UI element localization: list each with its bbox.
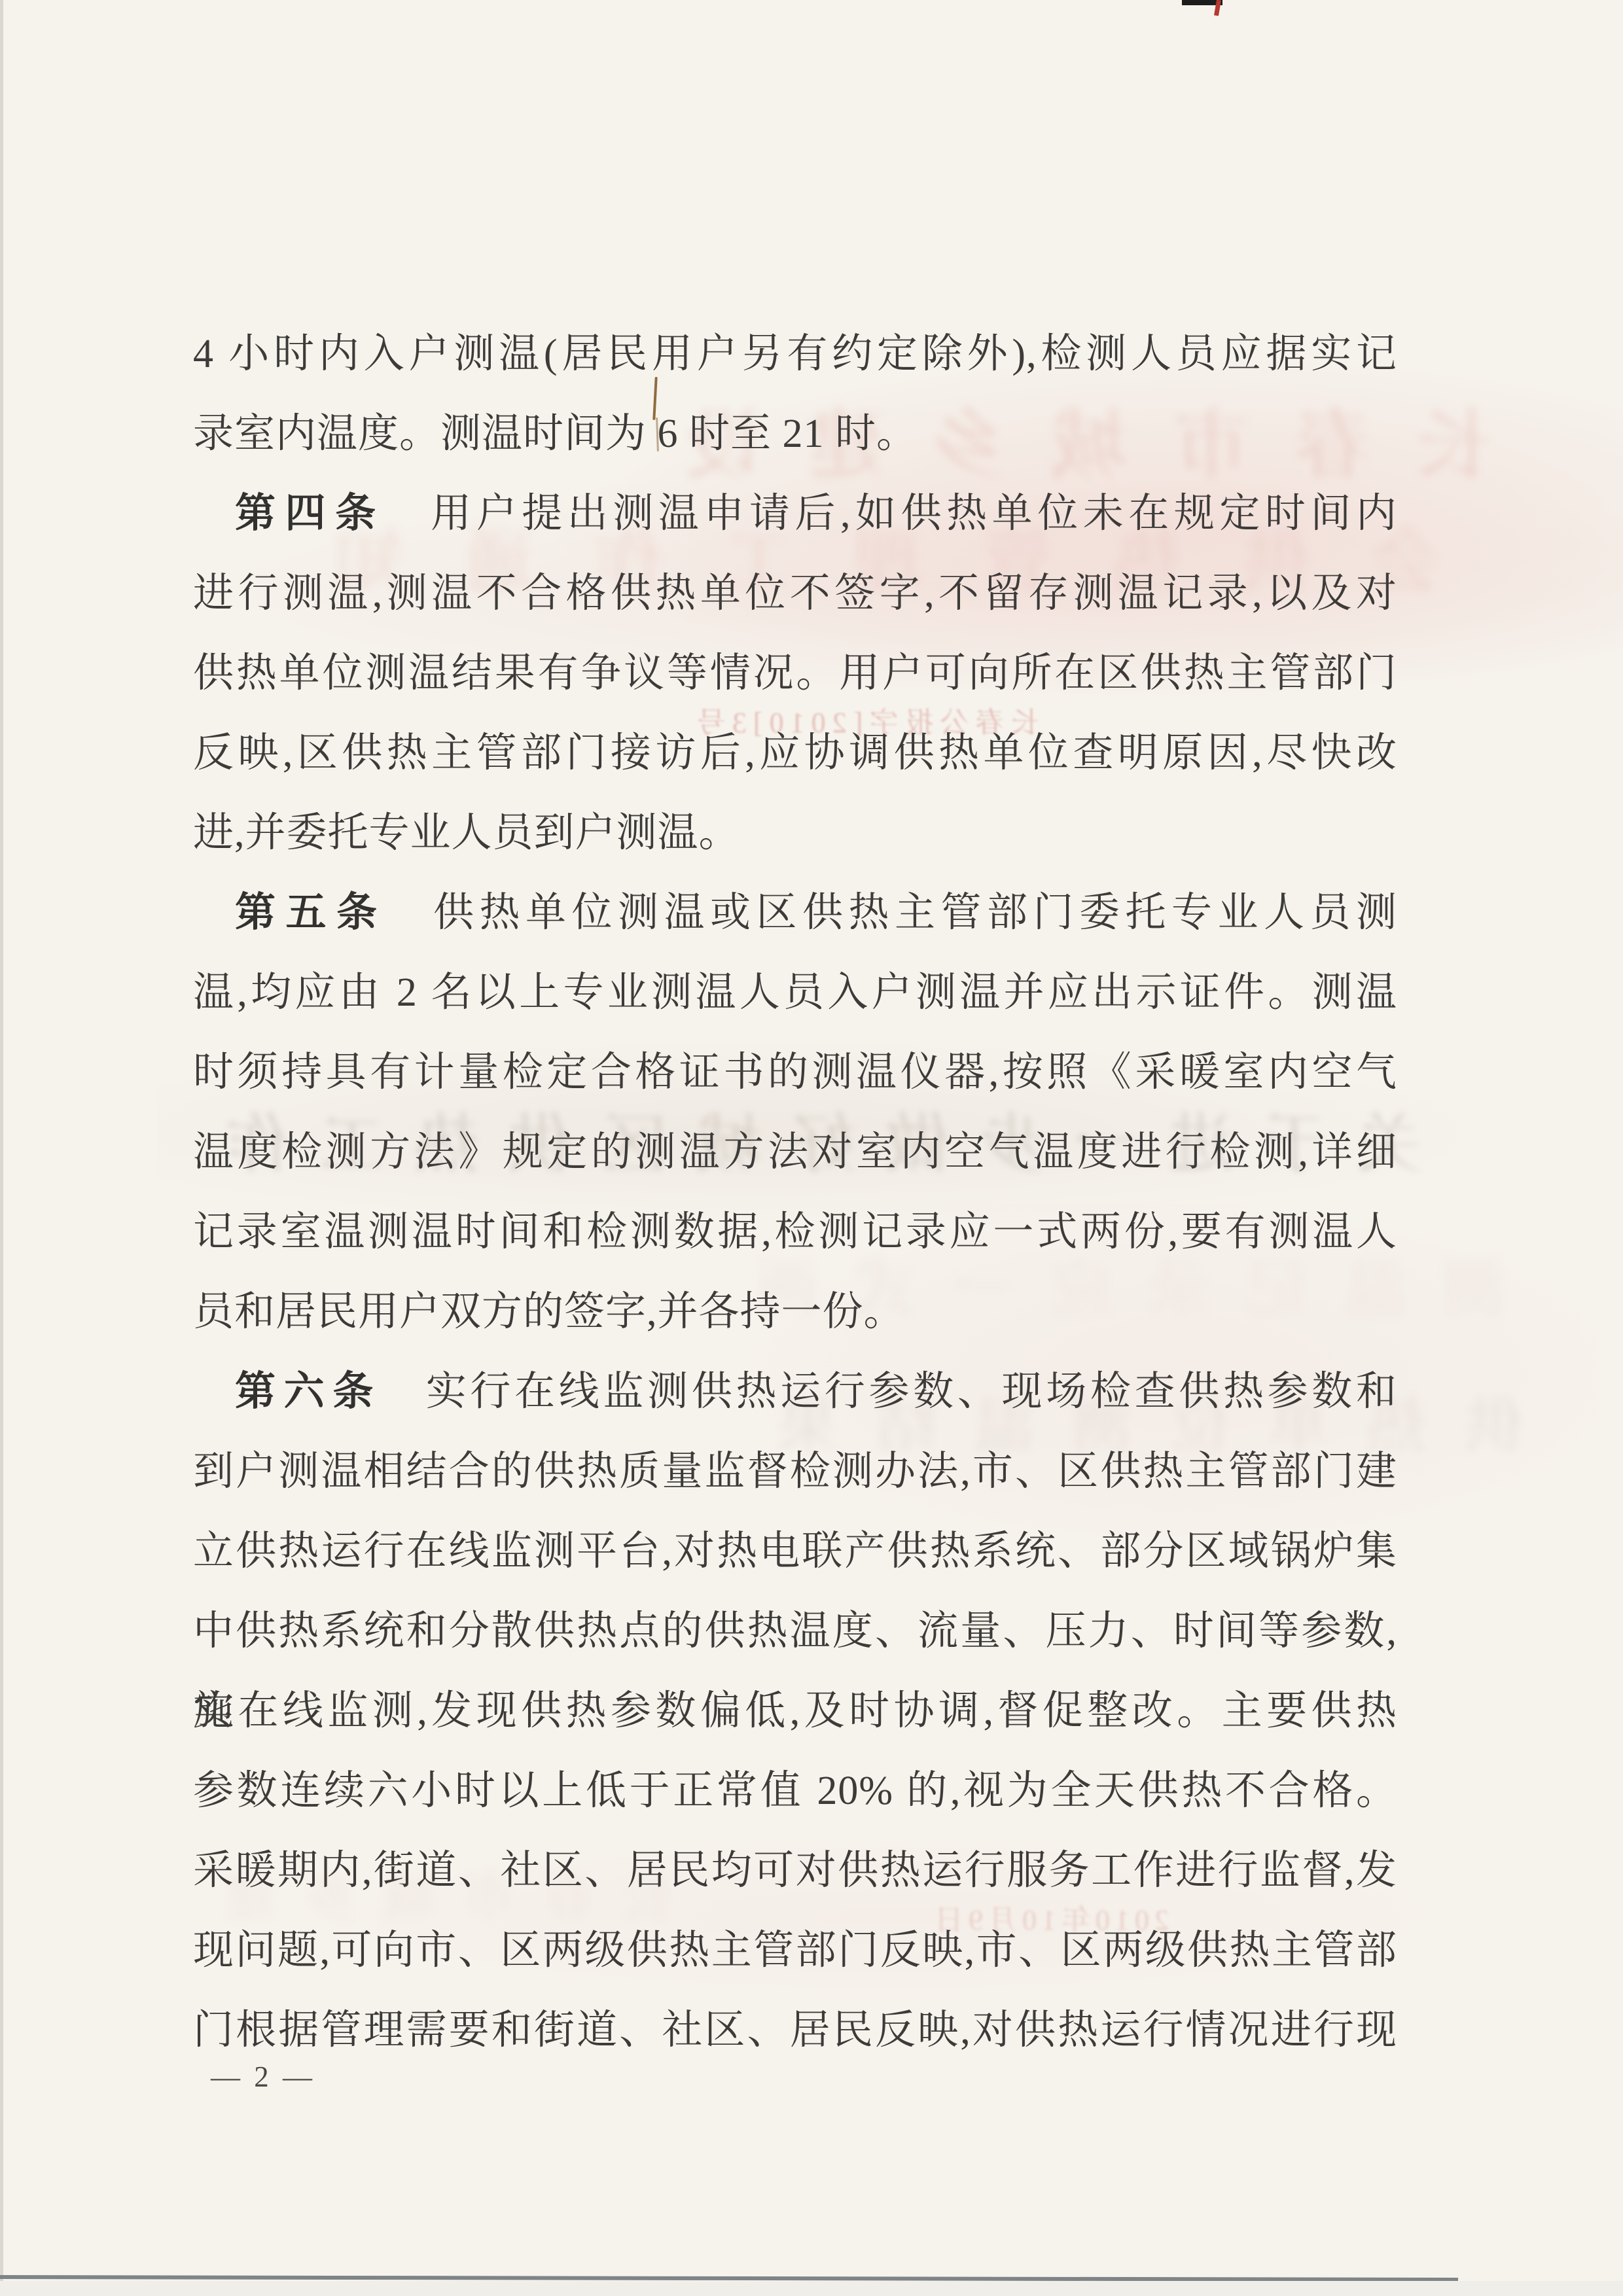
page-number: — 2 — [211,2060,315,2094]
text-line: 采暖期内,街道、社区、居民均可对供热运行服务工作进行监督,发 [193,1831,1397,1911]
text-line: 供热单位测温结果有争议等情况。用户可向所在区供热主管部门 [193,633,1397,713]
text-line: 进,并委托专业人员到户测温。 [193,793,1397,873]
text-line: 温度检测方法》规定的测温方法对室内空气温度进行检测,详细 [193,1112,1397,1192]
text-line: 中供热系统和分散供热点的供热温度、流量、压力、时间等参数,实 [193,1591,1397,1671]
article-marker: 第四条 [235,491,385,536]
text-line: 立供热运行在线监测平台,对热电联产供热系统、部分区域锅炉集 [193,1511,1397,1591]
text-line: 第四条 用户提出测温申请后,如供热单位未在规定时间内 [193,474,1397,554]
scanned-document-page: 长春市城乡建设会供热管理工作通知长春公报字[2010]3号关于进一步做好城区供热… [0,0,1623,2296]
text-line: 门根据管理需要和街道、社区、居民反映,对供热运行情况进行现 [193,1990,1397,2070]
article-marker: 第五条 [235,890,387,935]
text-line: 到户测温相结合的供热质量监督检测办法,市、区供热主管部门建 [193,1432,1397,1511]
scan-bottom-strip [0,2281,1623,2296]
text-line: 施在线监测,发现供热参数偏低,及时协调,督促整改。主要供热 [193,1671,1397,1751]
text-line: 时须持具有计量检定合格证书的测温仪器,按照《采暖室内空气 [193,1033,1397,1112]
text-line: 4 小时内入户测温(居民用户另有约定除外),检测人员应据实记 [193,314,1397,394]
text-line: 录室内温度。测温时间为 6 时至 21 时。 [193,394,1397,474]
document-body: 4 小时内入户测温(居民用户另有约定除外),检测人员应据实记录室内温度。测温时间… [193,314,1397,2070]
text-line: 温,均应由 2 名以上专业测温人员入户测温并应出示证件。测温 [193,953,1397,1033]
text-line: 现问题,可向市、区两级供热主管部门反映,市、区两级供热主管部 [193,1911,1397,1990]
text-line: 参数连续六小时以上低于正常值 20% 的,视为全天供热不合格。 [193,1751,1397,1831]
text-line: 员和居民用户双方的签字,并各持一份。 [193,1272,1397,1352]
scan-edge-shadow [0,0,3,2296]
text-line: 进行测温,测温不合格供热单位不签字,不留存测温记录,以及对 [193,554,1397,633]
text-line: 第六条 实行在线监测供热运行参数、现场检查供热参数和 [193,1352,1397,1432]
text-line: 第五条 供热单位测温或区供热主管部门委托专业人员测 [193,873,1397,953]
article-marker: 第六条 [235,1369,382,1414]
text-line: 记录室温测温时间和检测数据,检测记录应一式两份,要有测温人 [193,1192,1397,1272]
text-line: 反映,区供热主管部门接访后,应协调供热单位查明原因,尽快改 [193,713,1397,793]
